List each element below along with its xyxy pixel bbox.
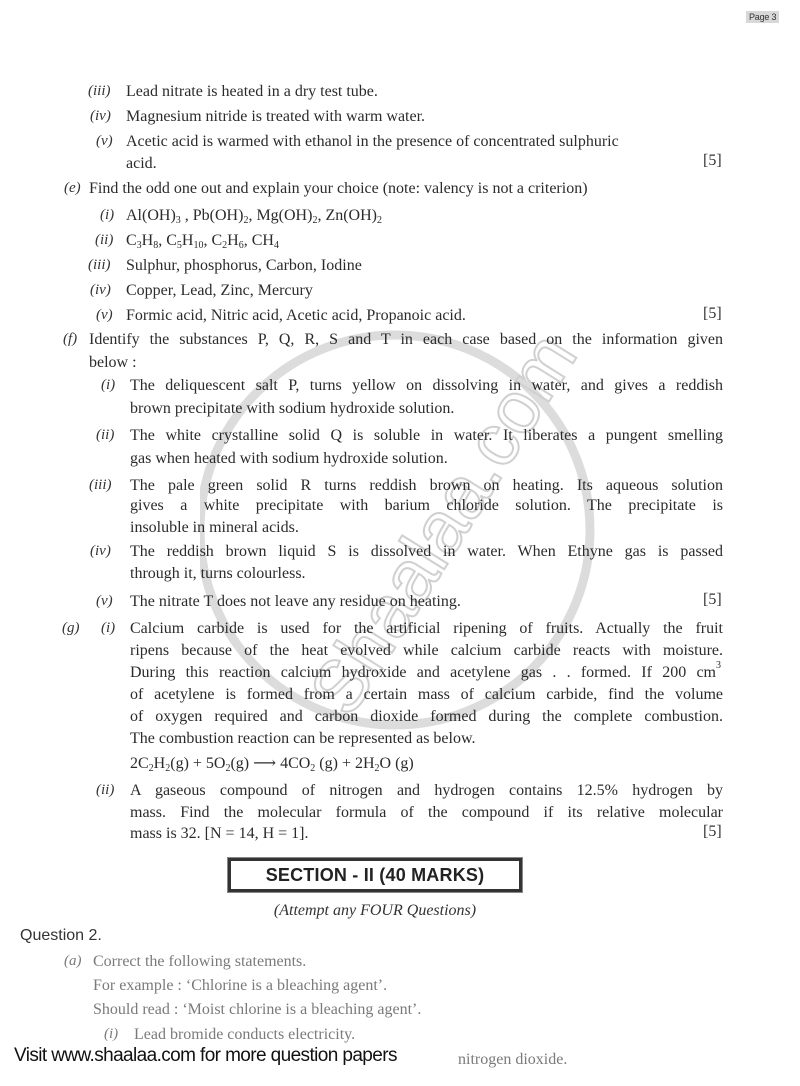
question-item-text: of acetylene is formed from a certain ma… — [130, 685, 723, 705]
section-heading-box: SECTION - II (40 MARKS) — [228, 858, 522, 892]
marks: [5] — [703, 591, 722, 609]
question-item-text: through it, turns colourless. — [130, 564, 306, 584]
item-label: (i) — [101, 377, 115, 394]
section-instruction: (Attempt any FOUR Questions) — [0, 902, 750, 920]
question-item-text: Lead nitrate is heated in a dry test tub… — [126, 82, 378, 102]
item-label: (ii) — [96, 782, 114, 799]
item-label: (ii) — [95, 232, 113, 249]
question-item-text: brown precipitate with sodium hydroxide … — [130, 399, 454, 419]
item-label: (iv) — [90, 282, 111, 299]
question-item-text: of oxygen required and carbon dioxide fo… — [130, 707, 723, 727]
superscript: 3 — [716, 656, 721, 676]
question-item-text: The nitrate T does not leave any residue… — [130, 592, 461, 612]
question-item-text: The reddish brown liquid S is dissolved … — [130, 542, 723, 562]
question-item-text: The white crystalline solid Q is soluble… — [130, 426, 723, 446]
question-item-text: acid. — [126, 154, 157, 174]
item-label: (iv) — [90, 108, 111, 125]
marks: [5] — [703, 305, 722, 323]
item-label: (i) — [104, 1026, 118, 1043]
question-prompt: below : — [89, 353, 137, 373]
example-text: For example : ‘Chlorine is a bleaching a… — [93, 976, 387, 996]
shaalaa-footer-link[interactable]: Visit www.shaalaa.com for more question … — [14, 1045, 397, 1067]
item-label: (iv) — [90, 543, 111, 560]
part-label: (g) — [62, 620, 80, 637]
question-item-text: The combustion reaction can be represent… — [130, 729, 476, 749]
part-label: (e) — [64, 180, 81, 197]
question-item-text: Magnesium nitride is treated with warm w… — [126, 107, 425, 127]
item-label: (ii) — [96, 427, 114, 444]
question-item-text: A gaseous compound of nitrogen and hydro… — [130, 781, 723, 801]
question-item-text: insoluble in mineral acids. — [130, 518, 299, 538]
part-label: (f) — [63, 331, 77, 348]
question-item-text: Formic acid, Nitric acid, Acetic acid, P… — [126, 306, 466, 326]
question-item-text: Acetic acid is warmed with ethanol in th… — [126, 132, 619, 152]
item-label: (i) — [100, 207, 114, 224]
question-item-text: C3H8, C5H10, C2H6, CH4 — [126, 231, 279, 251]
item-label: (i) — [101, 620, 115, 637]
question-item-text: gives a white precipitate with barium ch… — [130, 496, 723, 516]
question-item-text: The deliquescent salt P, turns yellow on… — [130, 376, 723, 396]
question-item-text: nitrogen dioxide. — [458, 1050, 567, 1070]
marks: [5] — [703, 823, 722, 841]
question-prompt: Correct the following statements. — [93, 952, 306, 972]
question-item-text: Lead bromide conducts electricity. — [134, 1025, 355, 1045]
question-prompt: Find the odd one out and explain your ch… — [89, 179, 588, 199]
question-item-text: During this reaction calcium hydroxide a… — [130, 663, 716, 683]
question-item-text: Al(OH)3 , Pb(OH)2, Mg(OH)2, Zn(OH)2 — [126, 206, 382, 226]
item-label: (v) — [96, 307, 113, 324]
part-label: (a) — [64, 953, 82, 970]
question-item-text: mass is 32. [N = 14, H = 1]. — [130, 824, 308, 844]
question-item-text: Copper, Lead, Zinc, Mercury — [126, 281, 313, 301]
item-label: (v) — [96, 133, 113, 150]
question-item-text: ripens because of the heat evolved while… — [130, 641, 723, 661]
question-item-text: Sulphur, phosphorus, Carbon, Iodine — [126, 256, 362, 276]
question-item-text: gas when heated with sodium hydroxide so… — [130, 449, 448, 469]
chemical-equation: 2C2H2(g) + 5O2(g) ⟶ 4CO2 (g) + 2H2O (g) — [130, 754, 414, 774]
marks: [5] — [703, 152, 722, 170]
item-label: (iii) — [89, 477, 112, 494]
should-read-text: Should read : ‘Moist chlorine is a bleac… — [93, 1000, 421, 1020]
item-label: (v) — [96, 593, 113, 610]
question-item-text: Calcium carbide is used for the artifici… — [130, 619, 723, 639]
question-heading: Question 2. — [20, 927, 102, 945]
question-prompt: Identify the substances P, Q, R, S and T… — [89, 330, 723, 350]
question-item-text: The pale green solid R turns reddish bro… — [130, 476, 723, 496]
page-number-badge: Page 3 — [746, 11, 779, 23]
item-label: (iii) — [88, 83, 111, 100]
question-item-text: mass. Find the molecular formula of the … — [130, 803, 723, 823]
item-label: (iii) — [88, 257, 111, 274]
